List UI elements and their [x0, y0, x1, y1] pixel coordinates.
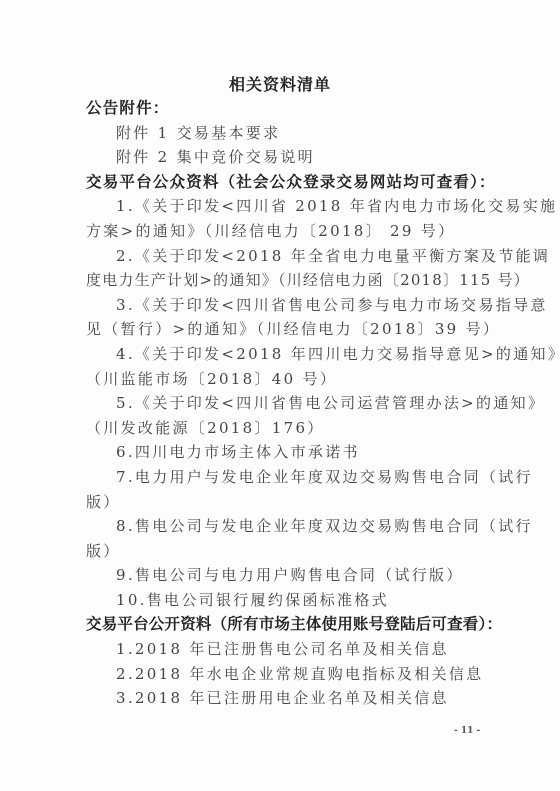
list-item: 6.四川电力市场主体入市承诺书: [86, 440, 474, 465]
section-heading-open-materials: 交易平台公开资料（所有市场主体使用账号登陆后可查看）：: [86, 612, 474, 637]
list-item-continuation: （川发改能源〔2018〕176）: [86, 416, 474, 441]
document-title: 相关资料清单: [0, 72, 560, 95]
section-heading-public-materials: 交易平台公众资料（社会公众登录交易网站均可查看）：: [86, 170, 474, 195]
list-item: 9.售电公司与电力用户购售电合同（试行版）: [86, 563, 474, 588]
list-item-continuation: 方案>的通知》（川经信电力〔2018〕 29 号）: [86, 219, 474, 244]
page-number: - 11 -: [454, 726, 480, 736]
list-item: 2.《关于印发<2018 年全省电力电量平衡方案及节能调: [86, 244, 474, 269]
list-item: 8.售电公司与发电企业年度双边交易购售电合同（试行: [86, 514, 474, 539]
list-item-continuation: 见（暂行）>的通知》（川经信电力〔2018〕39 号）: [86, 317, 474, 342]
list-item: 3.2018 年已注册用电企业名单及相关信息: [86, 686, 474, 711]
list-item: 7.电力用户与发电企业年度双边交易购售电合同（试行: [86, 465, 474, 490]
list-item: 1.2018 年已注册售电公司名单及相关信息: [86, 637, 474, 662]
list-item-continuation: 版）: [86, 490, 474, 515]
section-heading-announcement-attachments: 公告附件：: [86, 96, 474, 121]
attachment-item: 附件 2 集中竞价交易说明: [86, 145, 474, 170]
list-item: 3.《关于印发<四川省售电公司参与电力市场交易指导意: [86, 293, 474, 318]
list-item-continuation: （川监能市场〔2018〕40 号）: [86, 367, 474, 392]
list-item: 1.《关于印发<四川省 2018 年省内电力市场化交易实施: [86, 194, 474, 219]
list-item-continuation: 版）: [86, 539, 474, 564]
document-body: 公告附件： 附件 1 交易基本要求 附件 2 集中竞价交易说明 交易平台公众资料…: [86, 96, 474, 711]
list-item: 2.2018 年水电企业常规直购电指标及相关信息: [86, 662, 474, 687]
list-item-continuation: 度电力生产计划>的通知》（川经信电力函〔2018〕115 号）: [86, 268, 474, 293]
document-page: 相关资料清单 公告附件： 附件 1 交易基本要求 附件 2 集中竞价交易说明 交…: [0, 0, 560, 791]
list-item: 5.《关于印发<四川省售电公司运营管理办法>的通知》: [86, 391, 474, 416]
list-item: 10.售电公司银行履约保函标准格式: [86, 588, 474, 613]
list-item: 4.《关于印发<2018 年四川电力交易指导意见>的通知》: [86, 342, 474, 367]
attachment-item: 附件 1 交易基本要求: [86, 121, 474, 146]
